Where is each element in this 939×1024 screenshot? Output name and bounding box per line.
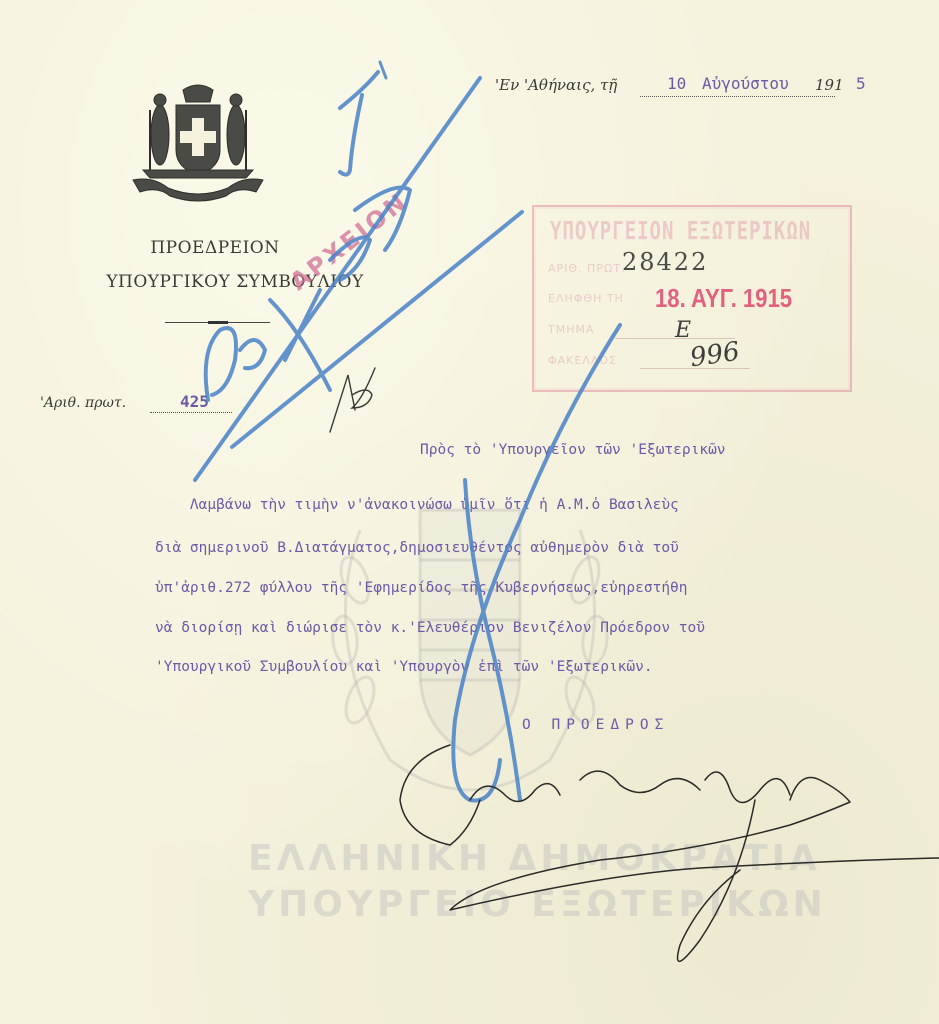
document-page: ΕΛΛΗΝΙΚΗ ΔΗΜΟΚΡΑΤΙΑ ΥΠΟΥΡΓΕΙΟ ΕΞΩΤΕΡΙΚΩΝ… — [0, 0, 939, 1024]
handwritten-annotations-layer — [0, 0, 939, 1024]
blue-pencil-diagonal-2-icon — [232, 212, 522, 447]
initials-icon — [330, 375, 355, 432]
blue-pencil-note-icon — [206, 328, 236, 400]
signature-icon — [400, 745, 939, 961]
